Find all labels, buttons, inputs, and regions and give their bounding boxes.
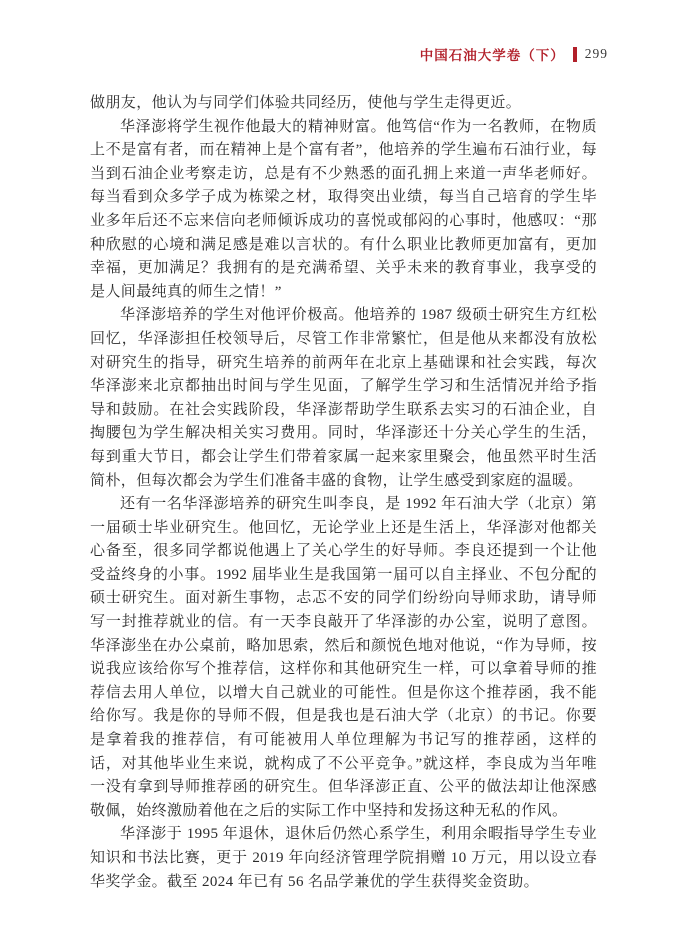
paragraph: 华泽澎培养的学生对他评价极高。他培养的 1987 级硕士研究生方红松回忆，华泽澎… <box>90 304 597 493</box>
paragraph-continuation: 做朋友，他认为与同学们体验共同经历，使他与学生走得更近。 <box>90 92 597 116</box>
running-head-title: 中国石油大学卷（下） <box>420 44 565 64</box>
paragraph: 还有一名华泽澎培养的研究生叫李良，是 1992 年石油大学（北京）第一届硕士毕业… <box>90 493 597 823</box>
paragraph: 华泽澎于 1995 年退休，退休后仍然心系学生，利用余暇指导学生专业知识和书法比… <box>90 823 597 894</box>
page-number: 299 <box>585 46 608 62</box>
page-header: 中国石油大学卷（下） 299 <box>90 44 608 64</box>
book-page: 中国石油大学卷（下） 299 做朋友，他认为与同学们体验共同经历，使他与学生走得… <box>0 0 680 945</box>
page-body: 做朋友，他认为与同学们体验共同经历，使他与学生走得更近。 华泽澎将学生视作他最大… <box>90 92 597 894</box>
paragraph: 华泽澎将学生视作他最大的精神财富。他笃信“作为一名教师，在物质上不是富有者，而在… <box>90 116 597 305</box>
header-divider-bar <box>573 47 577 62</box>
